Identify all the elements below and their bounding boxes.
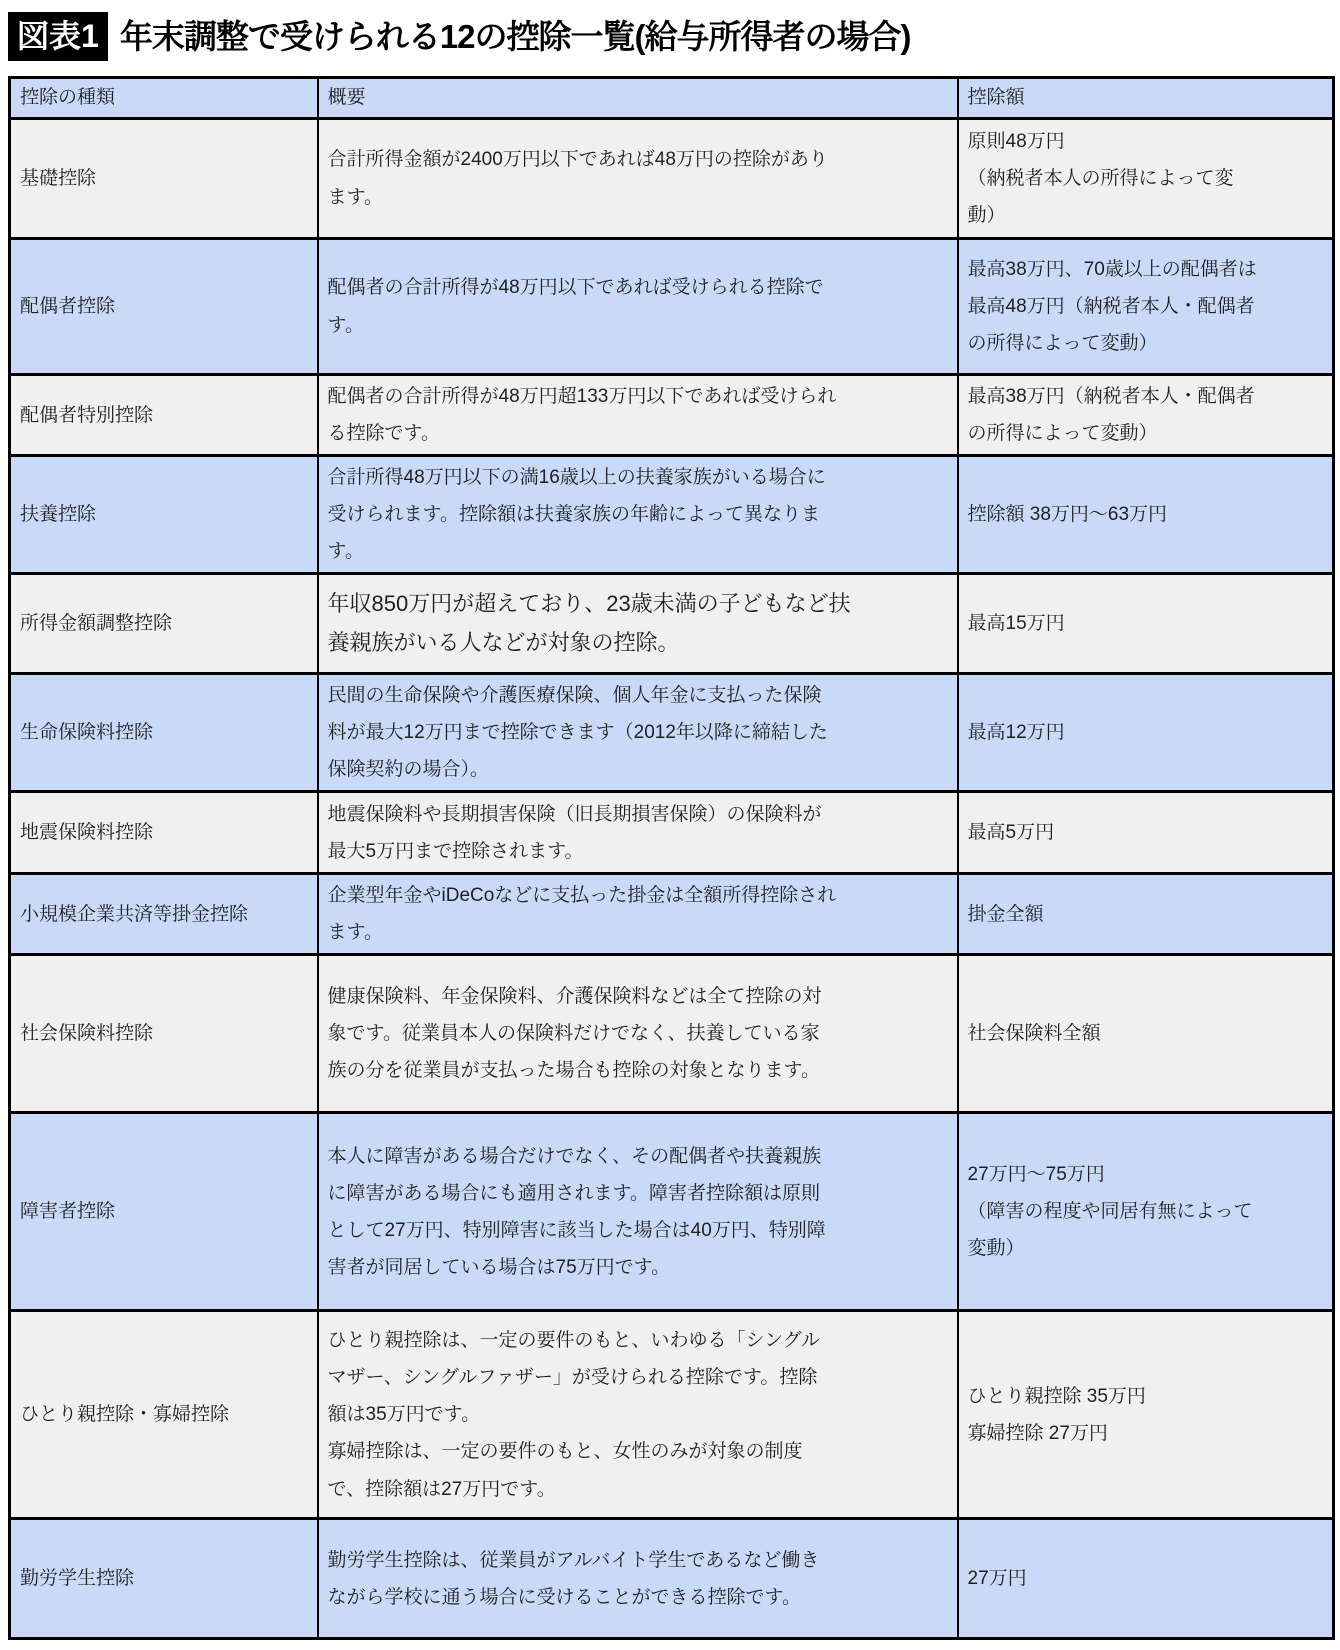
cell-amount: 27万円	[958, 1519, 1334, 1639]
cell-deduction-type: 勤労学生控除	[10, 1519, 318, 1639]
cell-summary: 本人に障害がある場合だけでなく、その配偶者や扶養親族 に障害がある場合にも適用さ…	[318, 1113, 958, 1311]
cell-summary: 健康保険料、年金保険料、介護保険料などは全て控除の対 象です。従業員本人の保険料…	[318, 955, 958, 1113]
cell-amount: 27万円～75万円 （障害の程度や同居有無によって 変動）	[958, 1113, 1334, 1311]
cell-amount: 最高12万円	[958, 674, 1334, 792]
cell-deduction-type: 障害者控除	[10, 1113, 318, 1311]
cell-amount: 原則48万円 （納税者本人の所得によって変 動）	[958, 119, 1334, 239]
cell-summary: 配偶者の合計所得が48万円超133万円以下であれば受けられ る控除です。	[318, 375, 958, 456]
cell-summary: 年収850万円が超えており、23歳未満の子どもなど扶 養親族がいる人などが対象の…	[318, 574, 958, 674]
table-header-row: 控除の種類 概要 控除額	[10, 78, 1334, 119]
table-row: 社会保険料控除健康保険料、年金保険料、介護保険料などは全て控除の対 象です。従業…	[10, 955, 1334, 1113]
header-amount: 控除額	[958, 78, 1334, 119]
table-row: 障害者控除本人に障害がある場合だけでなく、その配偶者や扶養親族 に障害がある場合…	[10, 1113, 1334, 1311]
figure-label-badge: 図表1	[8, 12, 108, 61]
cell-summary: 地震保険料や長期損害保険（旧長期損害保険）の保険料が 最大5万円まで控除されます…	[318, 792, 958, 874]
cell-deduction-type: 生命保険料控除	[10, 674, 318, 792]
cell-deduction-type: 扶養控除	[10, 456, 318, 574]
cell-deduction-type: 基礎控除	[10, 119, 318, 239]
header-summary: 概要	[318, 78, 958, 119]
cell-summary: 勤労学生控除は、従業員がアルバイト学生であるなど働き ながら学校に通う場合に受け…	[318, 1519, 958, 1639]
cell-summary: 合計所得48万円以下の満16歳以上の扶養家族がいる場合に 受けられます。控除額は…	[318, 456, 958, 574]
cell-deduction-type: 小規模企業共済等掛金控除	[10, 874, 318, 955]
page-title: 年末調整で受けられる12の控除一覧(給与所得者の場合)	[120, 18, 911, 56]
cell-deduction-type: 配偶者控除	[10, 239, 318, 375]
table-row: 生命保険料控除民間の生命保険や介護医療保険、個人年金に支払った保険 料が最大12…	[10, 674, 1334, 792]
cell-summary: ひとり親控除は、一定の要件のもと、いわゆる「シングル マザー、シングルファザー」…	[318, 1311, 958, 1519]
cell-deduction-type: 社会保険料控除	[10, 955, 318, 1113]
table-row: 小規模企業共済等掛金控除企業型年金やiDeCoなどに支払った掛金は全額所得控除さ…	[10, 874, 1334, 955]
cell-deduction-type: 所得金額調整控除	[10, 574, 318, 674]
table-row: 配偶者控除配偶者の合計所得が48万円以下であれば受けられる控除で す。最高38万…	[10, 239, 1334, 375]
cell-amount: 最高5万円	[958, 792, 1334, 874]
title-row: 図表1 年末調整で受けられる12の控除一覧(給与所得者の場合)	[8, 12, 1332, 61]
cell-amount: 最高38万円、70歳以上の配偶者は 最高48万円（納税者本人・配偶者 の所得によ…	[958, 239, 1334, 375]
cell-summary: 合計所得金額が2400万円以下であれば48万円の控除があり ます。	[318, 119, 958, 239]
cell-amount: 掛金全額	[958, 874, 1334, 955]
cell-deduction-type: 地震保険料控除	[10, 792, 318, 874]
cell-summary: 企業型年金やiDeCoなどに支払った掛金は全額所得控除され ます。	[318, 874, 958, 955]
header-deduction-type: 控除の種類	[10, 78, 318, 119]
table-row: 配偶者特別控除配偶者の合計所得が48万円超133万円以下であれば受けられ る控除…	[10, 375, 1334, 456]
table-row: 地震保険料控除地震保険料や長期損害保険（旧長期損害保険）の保険料が 最大5万円ま…	[10, 792, 1334, 874]
table-row: 勤労学生控除勤労学生控除は、従業員がアルバイト学生であるなど働き ながら学校に通…	[10, 1519, 1334, 1639]
table-row: 基礎控除合計所得金額が2400万円以下であれば48万円の控除があり ます。原則4…	[10, 119, 1334, 239]
cell-amount: ひとり親控除 35万円 寡婦控除 27万円	[958, 1311, 1334, 1519]
table-body: 基礎控除合計所得金額が2400万円以下であれば48万円の控除があり ます。原則4…	[10, 119, 1334, 1639]
table-row: ひとり親控除・寡婦控除ひとり親控除は、一定の要件のもと、いわゆる「シングル マザ…	[10, 1311, 1334, 1519]
deductions-table: 控除の種類 概要 控除額 基礎控除合計所得金額が2400万円以下であれば48万円…	[8, 76, 1335, 1640]
cell-amount: 控除額 38万円～63万円	[958, 456, 1334, 574]
cell-summary: 配偶者の合計所得が48万円以下であれば受けられる控除で す。	[318, 239, 958, 375]
cell-amount: 最高15万円	[958, 574, 1334, 674]
table-row: 所得金額調整控除年収850万円が超えており、23歳未満の子どもなど扶 養親族がい…	[10, 574, 1334, 674]
table-row: 扶養控除合計所得48万円以下の満16歳以上の扶養家族がいる場合に 受けられます。…	[10, 456, 1334, 574]
cell-summary: 民間の生命保険や介護医療保険、個人年金に支払った保険 料が最大12万円まで控除で…	[318, 674, 958, 792]
cell-deduction-type: 配偶者特別控除	[10, 375, 318, 456]
cell-deduction-type: ひとり親控除・寡婦控除	[10, 1311, 318, 1519]
figure-page: 図表1 年末調整で受けられる12の控除一覧(給与所得者の場合) 控除の種類 概要…	[0, 0, 1340, 1640]
cell-amount: 社会保険料全額	[958, 955, 1334, 1113]
cell-amount: 最高38万円（納税者本人・配偶者 の所得によって変動）	[958, 375, 1334, 456]
